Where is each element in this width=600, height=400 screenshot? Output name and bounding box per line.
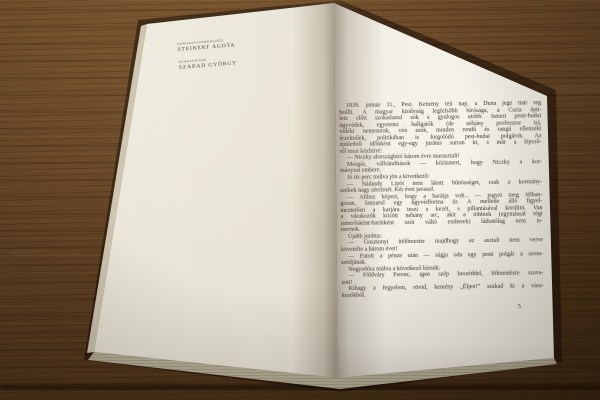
- colophon-block: SOROZATSZERKESZTŐ STEINERT ÁGOTA SZAKLEK…: [177, 35, 270, 78]
- photo-scene: SOROZATSZERKESZTŐ STEINERT ÁGOTA SZAKLEK…: [0, 0, 600, 400]
- wood-grain-streak: [10, 252, 80, 254]
- right-page-text: 1839. január 31., Pest. Kemény téli nap,…: [339, 100, 544, 299]
- page-number: 5: [518, 304, 521, 310]
